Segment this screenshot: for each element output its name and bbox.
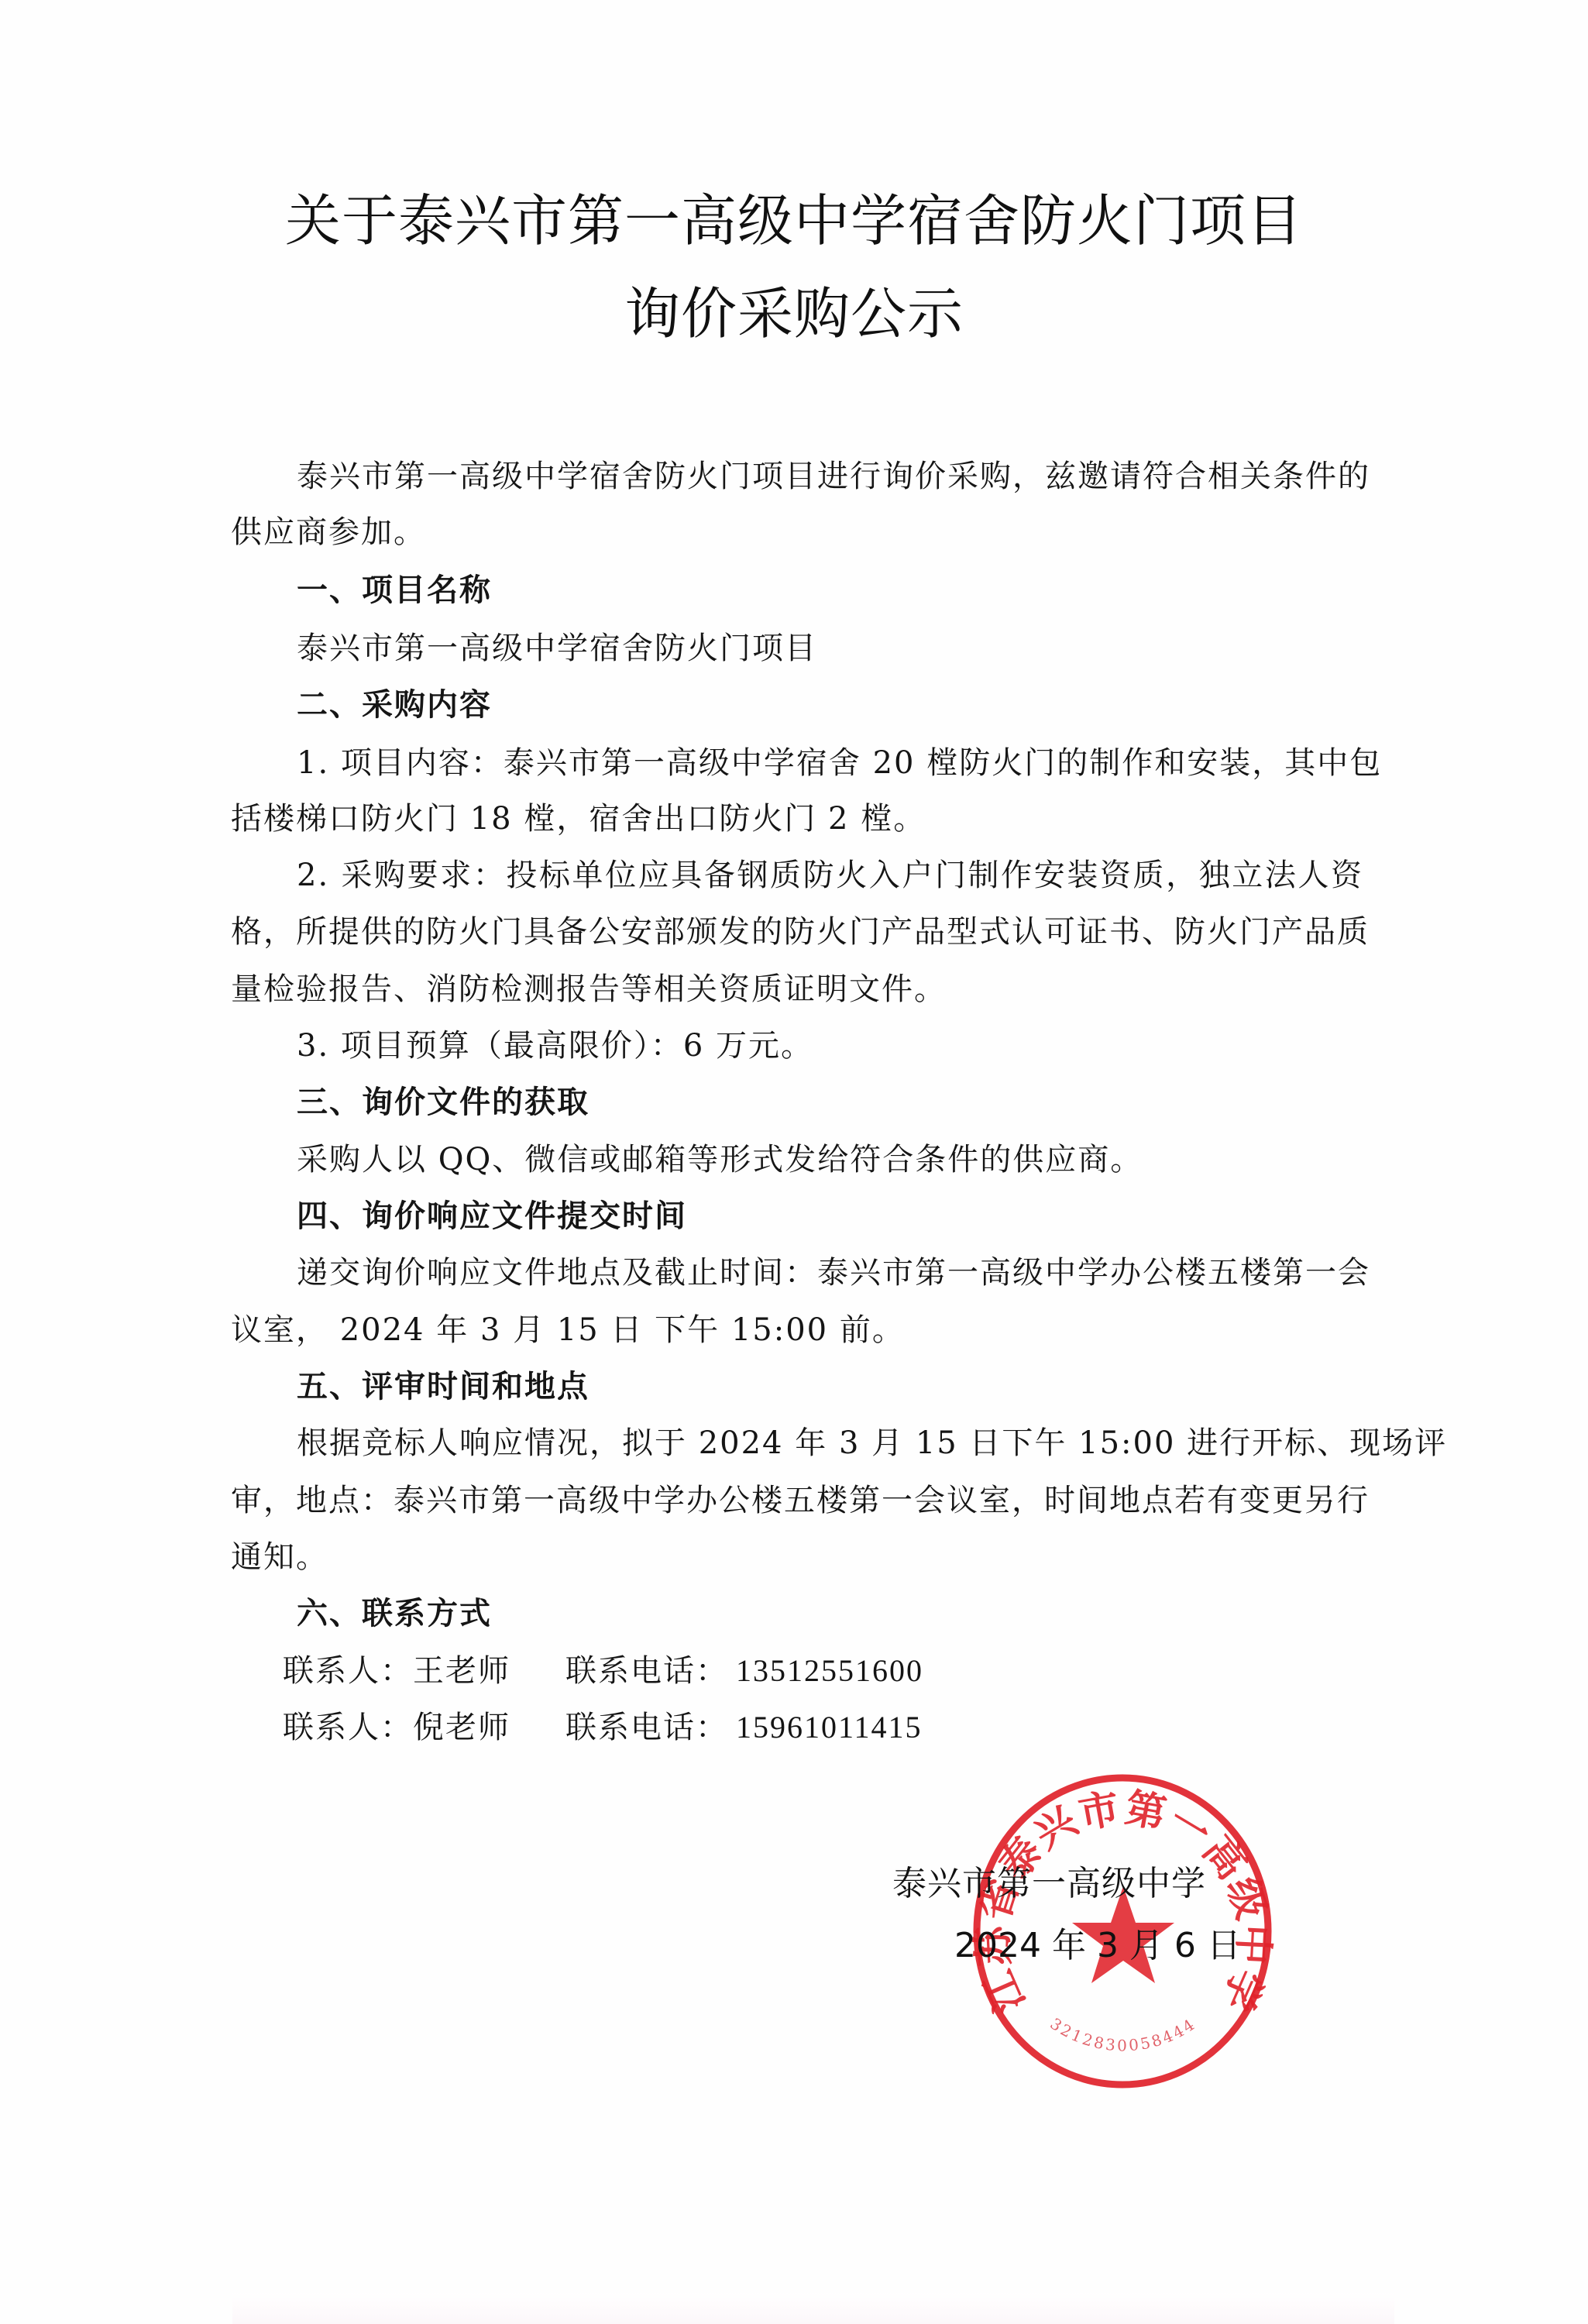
intro-paragraph-line2: 供应商参加。 (231, 513, 426, 552)
review-line3: 通知。 (231, 1538, 328, 1576)
item1-line1: 1. 项目内容：泰兴市第一高级中学宿舍 20 樘防火门的制作和安装，其中包 (297, 744, 1363, 782)
contact-phone-label: 联系电话： (565, 1652, 728, 1690)
document-page: 关于泰兴市第一高级中学宿舍防火门项目 询价采购公示 泰兴市第一高级中学宿舍防火门… (0, 0, 1588, 2324)
signature-organization: 泰兴市第一高级中学 (892, 1863, 1206, 1905)
section-heading-contact: 六、联系方式 (297, 1594, 492, 1633)
contact-row: 联系人：王老师 联系电话： 13512551600 (283, 1652, 510, 1690)
section-heading-review-time-place: 五、评审时间和地点 (297, 1367, 589, 1406)
item1-line2: 括楼梯口防火门 18 樘，宿舍出口防火门 2 樘。 (231, 799, 926, 838)
submission-line1: 递交询价响应文件地点及截止时间：泰兴市第一高级中学办公楼五楼第一会 (297, 1253, 1363, 1292)
contact-person: 联系人：倪老师 (283, 1710, 510, 1745)
item2-line1: 2. 采购要求：投标单位应具备钢质防火入户门制作安装资质，独立法人资 (297, 856, 1363, 895)
section-heading-project-name: 一、项目名称 (297, 571, 492, 610)
section-heading-submission-time: 四、询价响应文件提交时间 (297, 1197, 687, 1236)
contact-person: 联系人：王老师 (283, 1653, 510, 1689)
item3-budget: 3. 项目预算（最高限价）：6 万元。 (297, 1026, 813, 1065)
document-title-line2: 询价采购公示 (0, 279, 1588, 349)
scan-artifact (232, 2293, 1394, 2324)
item2-line2: 格，所提供的防火门具备公安部颁发的防火门产品型式认可证书、防火门产品质 (231, 913, 1363, 951)
svg-text:3212830058444: 3212830058444 (1047, 2014, 1199, 2054)
review-line1: 根据竞标人响应情况，拟于 2024 年 3 月 15 日下午 15:00 进行开… (297, 1424, 1363, 1463)
contact-phone-number: 15961011415 (736, 1708, 923, 1747)
document-acquisition-text: 采购人以 QQ、微信或邮箱等形式发给符合条件的供应商。 (297, 1140, 1143, 1179)
review-line2: 审，地点：泰兴市第一高级中学办公楼五楼第一会议室，时间地点若有变更另行 (231, 1481, 1363, 1520)
contact-phone-number: 13512551600 (736, 1652, 923, 1690)
contact-phone-label: 联系电话： (565, 1708, 728, 1747)
contact-row: 联系人：倪老师 联系电话： 15961011415 (283, 1708, 510, 1747)
submission-line2: 议室， 2024 年 3 月 15 日 下午 15:00 前。 (231, 1311, 905, 1349)
signature-date: 2024 年 3 月 6 日 (954, 1925, 1241, 1967)
item2-line3: 量检验报告、消防检测报告等相关资质证明文件。 (231, 970, 947, 1009)
section-heading-procurement-content: 二、采购内容 (297, 686, 492, 724)
section-heading-document-acquisition: 三、询价文件的获取 (297, 1083, 589, 1122)
document-title-line1: 关于泰兴市第一高级中学宿舍防火门项目 (0, 186, 1588, 256)
intro-paragraph-line1: 泰兴市第一高级中学宿舍防火门项目进行询价采购，兹邀请符合相关条件的 (297, 457, 1363, 496)
project-name-text: 泰兴市第一高级中学宿舍防火门项目 (297, 629, 817, 668)
